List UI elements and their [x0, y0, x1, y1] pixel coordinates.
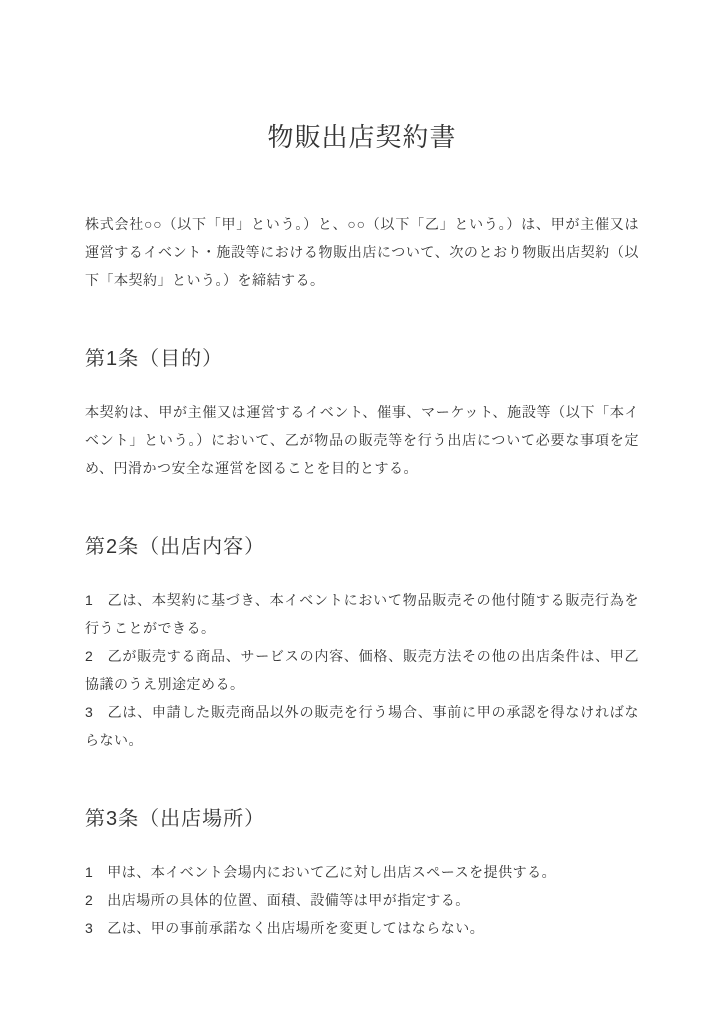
contract-document-page: 物販出店契約書 株式会社○○（以下「甲」という。）と、○○（以下「乙」という。）…	[0, 0, 724, 1024]
clause-item: 3乙は、申請した販売商品以外の販売を行う場合、事前に甲の承認を得なければならない…	[85, 698, 639, 754]
clause-number: 2	[85, 892, 93, 908]
document-title: 物販出店契約書	[85, 120, 639, 154]
clause-item: 2出店場所の具体的位置、面積、設備等は甲が指定する。	[85, 886, 639, 914]
clause-number: 1	[85, 864, 93, 880]
article-1: 第1条（目的） 本契約は、甲が主催又は運営するイベント、催事、マーケット、施設等…	[85, 344, 639, 482]
article-3-clauses: 1甲は、本イベント会場内において乙に対し出店スペースを提供する。 2出店場所の具…	[85, 858, 639, 942]
clause-text: 出店場所の具体的位置、面積、設備等は甲が指定する。	[107, 892, 470, 908]
clause-number: 3	[85, 704, 93, 720]
clause-item: 3乙は、甲の事前承諾なく出店場所を変更してはならない。	[85, 914, 639, 942]
article-2: 第2条（出店内容） 1乙は、本契約に基づき、本イベントにおいて物品販売その他付随…	[85, 532, 639, 754]
clause-text: 甲は、本イベント会場内において乙に対し出店スペースを提供する。	[107, 864, 556, 880]
article-2-heading: 第2条（出店内容）	[85, 532, 639, 562]
article-1-body: 本契約は、甲が主催又は運営するイベント、催事、マーケット、施設等（以下「本イベン…	[85, 398, 639, 482]
clause-text: 乙は、申請した販売商品以外の販売を行う場合、事前に甲の承認を得なければならない。	[85, 704, 639, 748]
clause-text: 乙が販売する商品、サービスの内容、価格、販売方法その他の出店条件は、甲乙協議のう…	[85, 648, 639, 692]
clause-item: 2乙が販売する商品、サービスの内容、価格、販売方法その他の出店条件は、甲乙協議の…	[85, 642, 639, 698]
clause-text: 乙は、本契約に基づき、本イベントにおいて物品販売その他付随する販売行為を行うこと…	[85, 592, 639, 636]
article-3: 第3条（出店場所） 1甲は、本イベント会場内において乙に対し出店スペースを提供す…	[85, 804, 639, 942]
article-2-clauses: 1乙は、本契約に基づき、本イベントにおいて物品販売その他付随する販売行為を行うこ…	[85, 586, 639, 754]
clause-number: 2	[85, 648, 93, 664]
clause-text: 乙は、甲の事前承諾なく出店場所を変更してはならない。	[107, 920, 484, 936]
clause-number: 3	[85, 920, 93, 936]
clause-item: 1甲は、本イベント会場内において乙に対し出店スペースを提供する。	[85, 858, 639, 886]
clause-item: 1乙は、本契約に基づき、本イベントにおいて物品販売その他付随する販売行為を行うこ…	[85, 586, 639, 642]
article-3-heading: 第3条（出店場所）	[85, 804, 639, 834]
intro-paragraph: 株式会社○○（以下「甲」という。）と、○○（以下「乙」という。）は、甲が主催又は…	[85, 210, 639, 294]
article-1-heading: 第1条（目的）	[85, 344, 639, 374]
clause-number: 1	[85, 592, 93, 608]
